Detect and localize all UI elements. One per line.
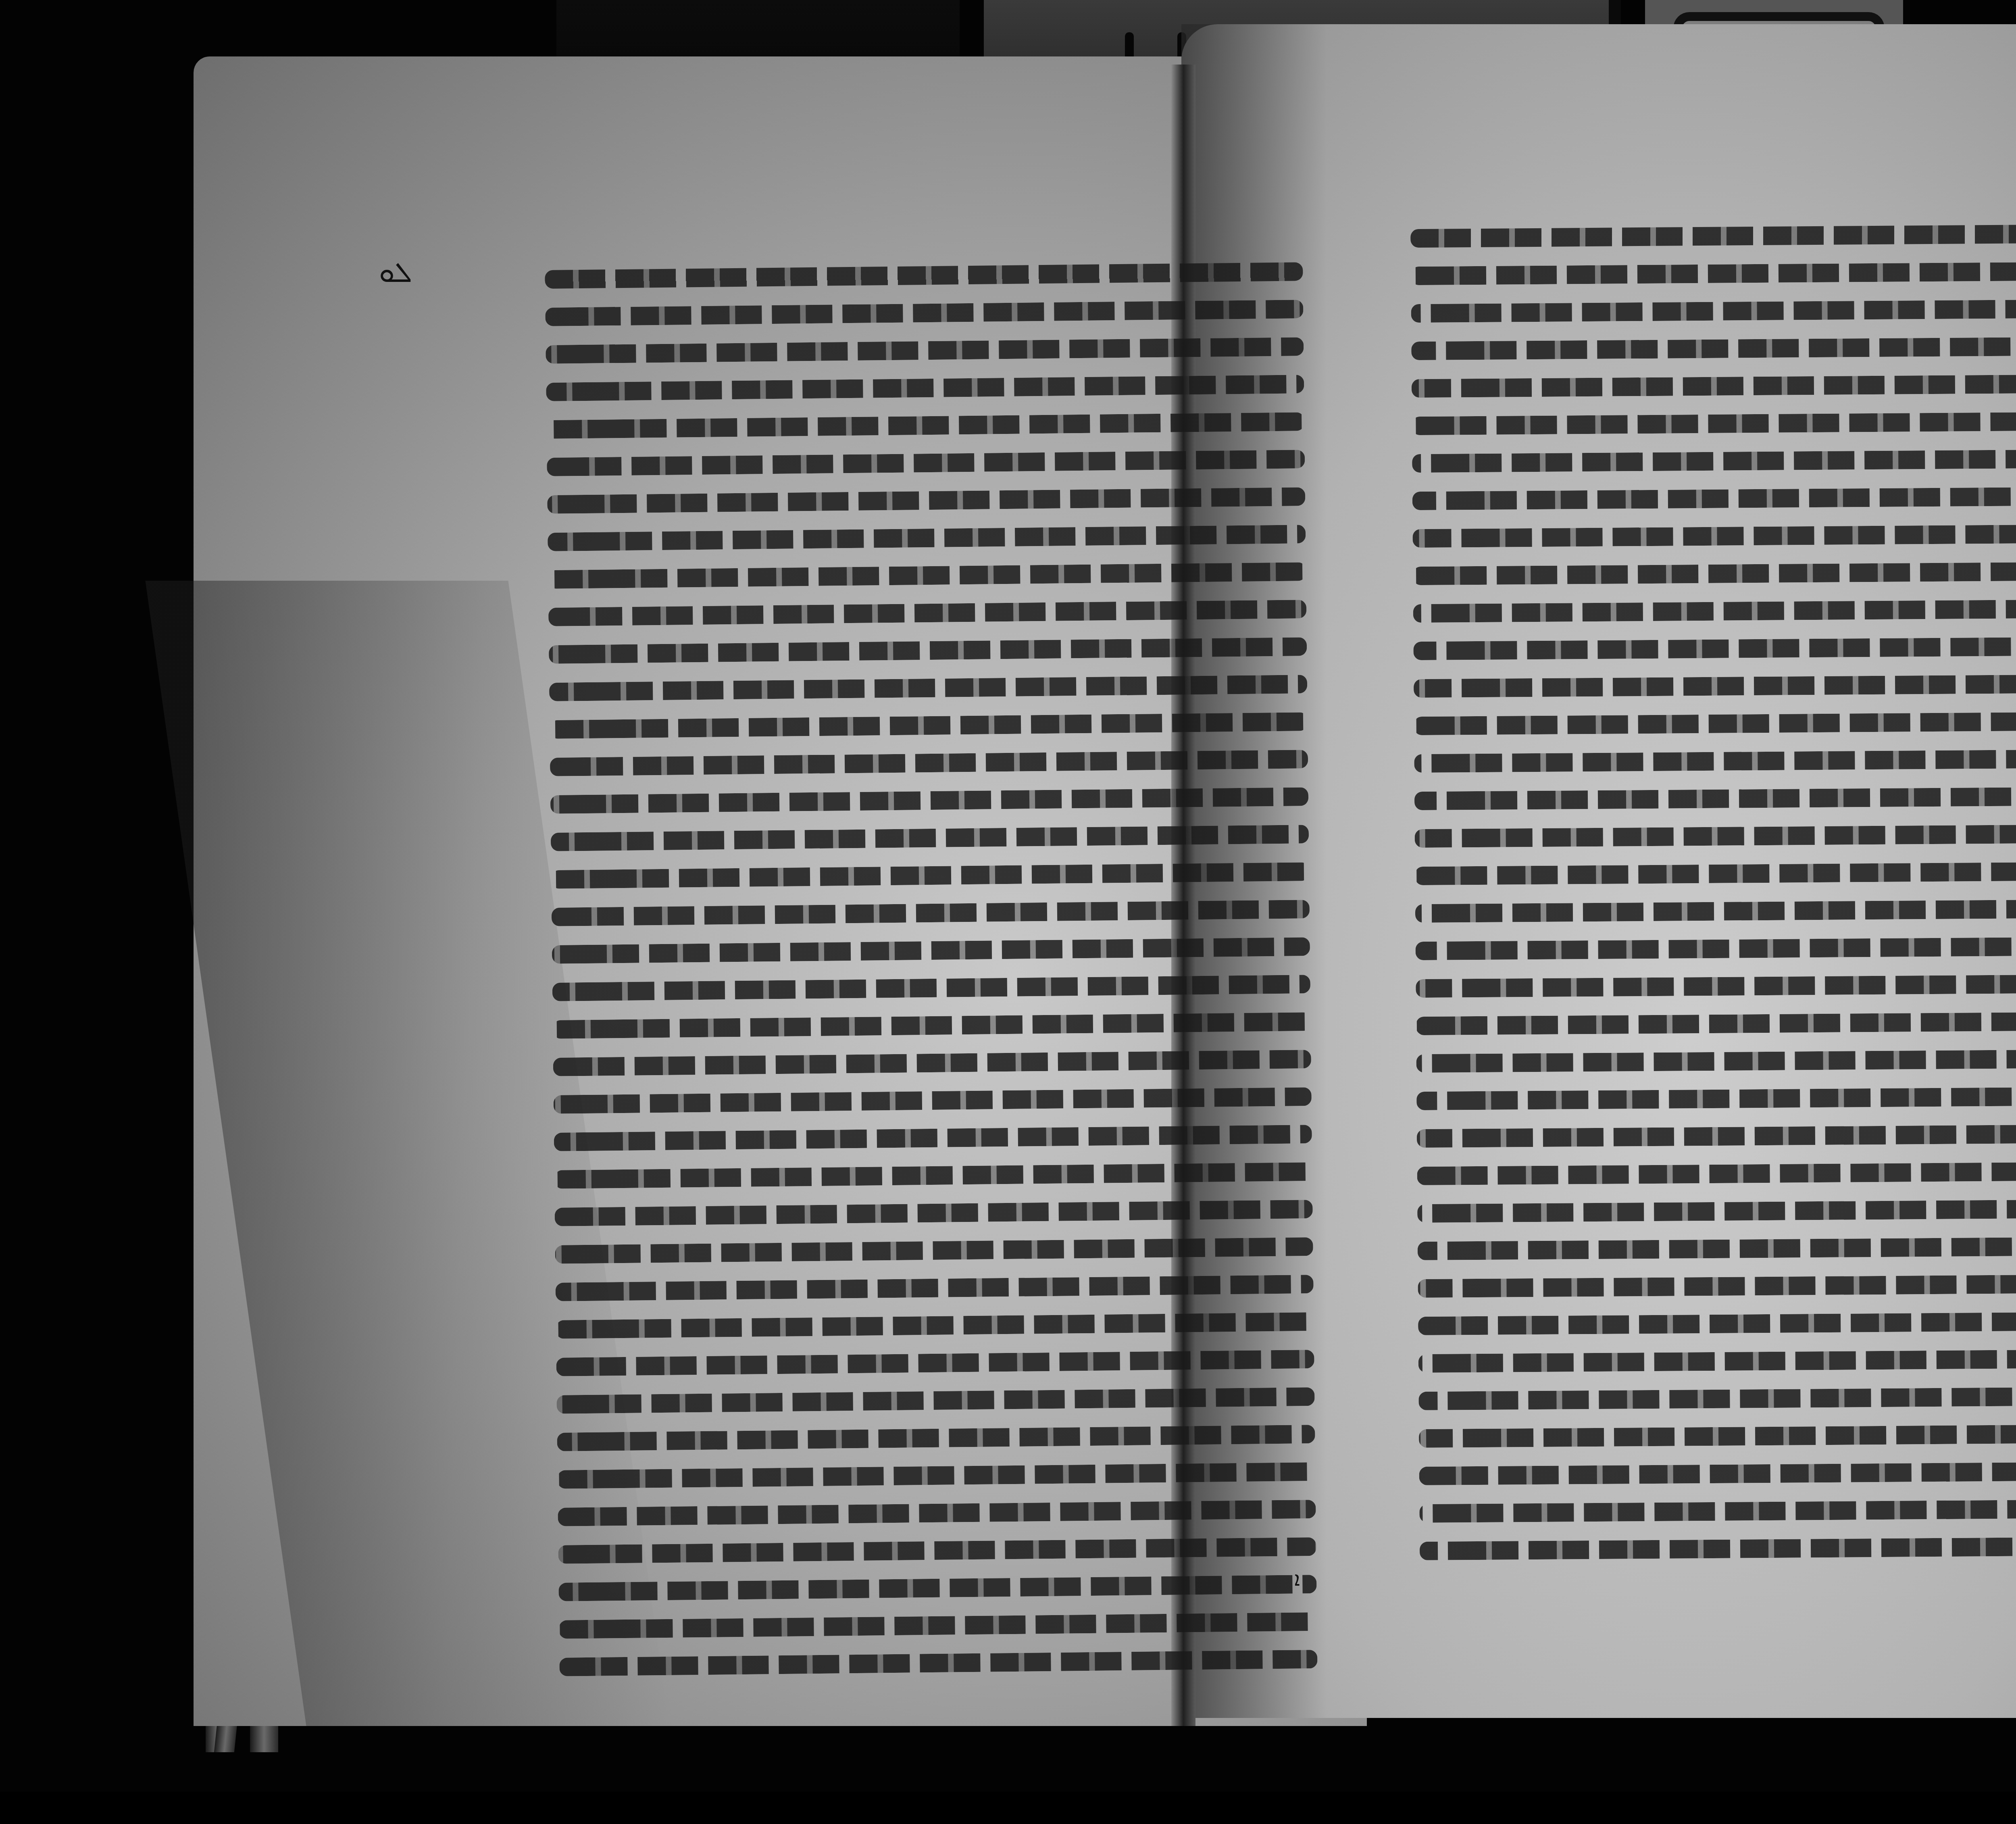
manuscript-text-line [558, 1575, 1316, 1601]
manuscript-text-line [1413, 635, 2016, 660]
manuscript-text-line [550, 750, 1308, 776]
manuscript-text-line [547, 487, 1305, 514]
manuscript-text-line [546, 337, 1304, 364]
manuscript-text-line [557, 1462, 1315, 1489]
bottom-shadow [0, 1792, 2016, 1824]
manuscript-text-line [1414, 748, 2016, 773]
manuscript-text-line [1418, 1348, 2016, 1373]
left-page-text-block [545, 262, 1318, 1722]
manuscript-text-line [549, 675, 1307, 701]
manuscript-text-line [559, 1612, 1317, 1639]
manuscript-text-line [552, 900, 1310, 926]
manuscript-text-line [1417, 1160, 2016, 1185]
manuscript-text-line [1411, 260, 2016, 285]
manuscript-text-line [557, 1425, 1315, 1451]
right-page-text-block [1410, 223, 2016, 1600]
manuscript-text-line [559, 1650, 1317, 1676]
manuscript-text-line [1417, 1198, 2016, 1223]
manuscript-text-line [546, 375, 1304, 401]
manuscript-text-line [1418, 1235, 2016, 1260]
manuscript-text-line [1414, 710, 2016, 735]
manuscript-text-line [1413, 598, 2016, 623]
photo-scene: ܠܘ ܐ 98 80 ܐ [0, 0, 2016, 1824]
manuscript-text-line [554, 1162, 1312, 1189]
left-marginal-mark: ܠܘ [379, 258, 407, 286]
manuscript-text-line [556, 1350, 1314, 1376]
manuscript-text-line [1419, 1498, 2016, 1523]
manuscript-text-line [555, 1237, 1313, 1264]
manuscript-text-line [1414, 785, 2016, 810]
manuscript-text-line [552, 937, 1310, 964]
manuscript-text-line [550, 787, 1308, 814]
manuscript-text-line [548, 562, 1306, 589]
manuscript-text-line [550, 712, 1308, 739]
manuscript-text-line [1419, 1423, 2016, 1448]
manuscript-text-line [548, 525, 1306, 551]
manuscript-text-line [1414, 673, 2016, 698]
manuscript-text-line [1413, 560, 2016, 585]
manuscript-text-line [551, 825, 1309, 851]
manuscript-text-line [1412, 485, 2016, 510]
manuscript-text-line [1420, 1535, 2016, 1560]
manuscript-text-line [556, 1312, 1314, 1339]
manuscript-text-line [1412, 523, 2016, 548]
manuscript-text-line [1416, 973, 2016, 998]
manuscript-text-line [1412, 410, 2016, 435]
manuscript-text-line [1412, 448, 2016, 473]
manuscript-text-line [1418, 1310, 2016, 1335]
manuscript-text-line [554, 1087, 1312, 1114]
manuscript-text-line [555, 1200, 1313, 1226]
manuscript-text-line [551, 862, 1309, 889]
left-bottom-mark: ܐ [1294, 1565, 1322, 1593]
manuscript-text-line [554, 1125, 1312, 1151]
manuscript-text-line [1415, 935, 2016, 960]
manuscript-text-line [555, 1275, 1313, 1301]
manuscript-text-line [1417, 1123, 2016, 1148]
manuscript-text-line [1416, 1010, 2016, 1035]
manuscript-text-line [546, 412, 1304, 439]
manuscript-text-line [549, 637, 1307, 664]
manuscript-text-line [1416, 1085, 2016, 1110]
manuscript-text-line [558, 1537, 1316, 1564]
manuscript-text-line [548, 600, 1306, 626]
manuscript-text-line [545, 300, 1303, 326]
manuscript-text-line [1415, 860, 2016, 885]
manuscript-text-line [553, 1050, 1311, 1076]
manuscript-text-line [1418, 1385, 2016, 1410]
manuscript-text-line [1419, 1460, 2016, 1485]
manuscript-text-line [1415, 898, 2016, 923]
manuscript-text-line [552, 975, 1310, 1001]
manuscript-text-line [558, 1500, 1316, 1526]
manuscript-text-line [1418, 1273, 2016, 1298]
manuscript-text-line [1415, 823, 2016, 848]
manuscript-text-line [1411, 298, 2016, 323]
manuscript-text-line [556, 1387, 1314, 1414]
manuscript-text-line [1416, 1048, 2016, 1073]
manuscript-text-line [553, 1012, 1311, 1039]
manuscript-text-line [547, 450, 1305, 476]
manuscript-text-line [1412, 373, 2016, 398]
manuscript-text-line [1411, 335, 2016, 360]
